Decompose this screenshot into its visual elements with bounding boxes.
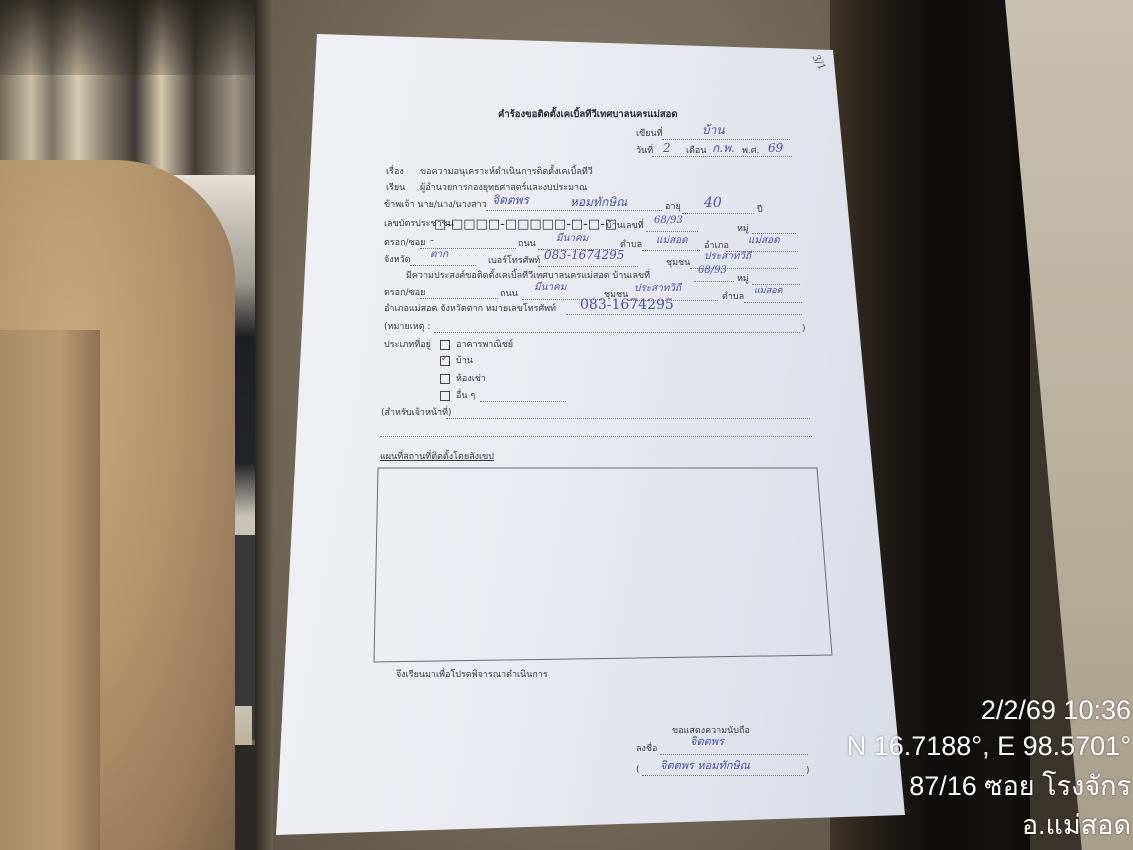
applicant-label: ข้าพเจ้า นาย/นาง/นางสาว — [384, 201, 487, 210]
printed-name-line — [642, 775, 804, 776]
year-value: 69 — [768, 142, 783, 154]
remark-label: (หมายเหตุ : — [384, 323, 430, 332]
install-phone-value: 083-1674295 — [580, 298, 674, 312]
district-value: แม่สอด — [748, 236, 780, 246]
background-shadow — [0, 0, 260, 75]
other-line — [480, 401, 566, 402]
written-at-value: บ้าน — [702, 124, 725, 136]
officer-line-1 — [446, 418, 810, 419]
to-text: ผู้อำนวยการกองยุทธศาสตร์และงบประมาณ — [420, 184, 587, 193]
phone-value: 083-1674295 — [544, 249, 624, 261]
moo-label: หมู่ — [737, 225, 749, 234]
moo-line — [752, 233, 796, 234]
remark-close: ) — [802, 325, 806, 334]
province-label: จังหวัด — [384, 256, 411, 265]
install-moo-line — [752, 284, 800, 285]
overlay-datetime: 2/2/69 10:36 — [981, 697, 1131, 724]
officer-line-2 — [380, 436, 812, 437]
install-subdistrict-value: แม่สอด — [754, 287, 782, 296]
signature-label: ลงชื่อ — [636, 745, 657, 754]
install-location-text: อำเภอแม่สอด จังหวัดตาก หมายเลขโทรศัพท์ — [384, 305, 556, 314]
house-no-value: 68/93 — [654, 216, 683, 226]
map-label: แผนที่สถานที่ติดตั้งโดยสังเขป — [380, 453, 494, 462]
subject-label: เรื่อง — [386, 168, 404, 177]
install-house-no-line — [694, 281, 734, 282]
road-value: มีนาคม — [556, 234, 588, 244]
closing-text: จึงเรียนมาเพื่อโปรดพิจารณาดำเนินการ — [396, 671, 548, 680]
printed-name-close: ) — [806, 767, 810, 776]
house-no-line — [646, 231, 698, 232]
age-unit: ปี — [757, 206, 763, 215]
overlay-address-line1: 87/16 ซอย โรงจักร — [909, 773, 1131, 800]
install-road-label: ถนน — [500, 290, 518, 299]
age-value: 40 — [704, 196, 722, 210]
residence-type-rented-room: ห้องเช่า — [456, 375, 486, 384]
year-label: พ.ศ. — [742, 147, 759, 156]
checkbox-house[interactable] — [440, 356, 450, 366]
province-line — [410, 265, 476, 266]
date-line — [652, 156, 792, 157]
residence-type-other: อื่น ๆ — [456, 392, 475, 401]
district-label: อำเภอ — [704, 242, 729, 251]
date-day: 2 — [663, 142, 671, 154]
purpose-text: มีความประสงค์ขอติดตั้งเคเบิ้ลทีวีเทศบาลน… — [406, 272, 650, 281]
printed-name-value: จิตตพร หอมทักษิณ — [660, 760, 750, 771]
community-value: ประสาทวิถี — [704, 252, 751, 262]
community-label: ชุมชน — [666, 259, 690, 268]
written-at-line — [662, 139, 790, 140]
overlay-coordinates: N 16.7188°, E 98.5701° — [847, 733, 1131, 760]
residence-type-house: บ้าน — [456, 357, 473, 366]
install-alley-label: ตรอก/ซอย — [384, 289, 425, 298]
phone-label: เบอร์โทรศัพท์ — [488, 257, 540, 266]
residence-type-label: ประเภทที่อยู่ — [384, 341, 431, 350]
month-label: เดือน — [686, 147, 706, 156]
applicant-first-name: จิตตพร — [492, 194, 529, 206]
signature-line — [660, 754, 808, 755]
printed-name-open: ( — [636, 766, 640, 775]
province-value: ตาก — [430, 250, 448, 260]
car-seat-edge — [255, 0, 273, 850]
install-subdistrict-label: ตำบล — [722, 293, 744, 302]
officer-label: (สำหรับเจ้าหน้าที่) — [381, 409, 452, 418]
alley-label: ตรอก/ซอย — [384, 239, 425, 248]
subject-text: ขอความอนุเคราะห์ดำเนินการติดตั้งเคเบิ้ลท… — [420, 168, 593, 177]
house-no-label: บ้านเลขที่ — [606, 222, 644, 231]
id-card-boxes: □-□□□□-□□□□□-□-□-□ — [434, 218, 617, 231]
install-alley-line — [420, 298, 498, 299]
checkbox-rented-room[interactable] — [440, 374, 450, 384]
month-value: ก.พ. — [712, 142, 735, 154]
subdistrict-line — [642, 250, 700, 251]
checkbox-commercial-building[interactable] — [440, 340, 450, 350]
install-phone-line — [566, 314, 802, 315]
signature-value: จิตตพร — [690, 736, 724, 747]
phone-line — [538, 266, 638, 267]
install-house-no: 68/93 — [698, 266, 727, 276]
alley-value: - — [430, 234, 434, 246]
age-line — [682, 213, 754, 214]
applicant-line — [486, 210, 662, 211]
residence-type-commercial: อาคารพาณิชย์ — [456, 341, 513, 350]
subdistrict-value: แม่สอด — [656, 236, 688, 246]
overlay-address-line2: อ.แม่สอด — [1022, 812, 1131, 839]
remark-line — [434, 332, 800, 333]
road-label: ถนน — [518, 240, 536, 249]
install-community-value: ประสาทวิถี — [634, 284, 681, 294]
checkbox-other[interactable] — [440, 391, 450, 401]
applicant-last-name: หอมทักษิณ — [570, 196, 627, 208]
form-title: คำร้องขอติดตั้งเคเบิ้ลทีวีเทศบาลนครแม่สอ… — [498, 110, 678, 120]
written-at-label: เขียนที่ — [636, 130, 663, 139]
install-road-value: มีนาคม — [534, 283, 566, 293]
to-label: เรียน — [386, 184, 405, 193]
install-subdistrict-line — [744, 302, 802, 303]
trouser-fold — [0, 330, 100, 850]
date-label: วันที่ — [636, 147, 653, 156]
install-moo-label: หมู่ — [737, 275, 749, 284]
age-label: อายุ — [665, 203, 681, 212]
